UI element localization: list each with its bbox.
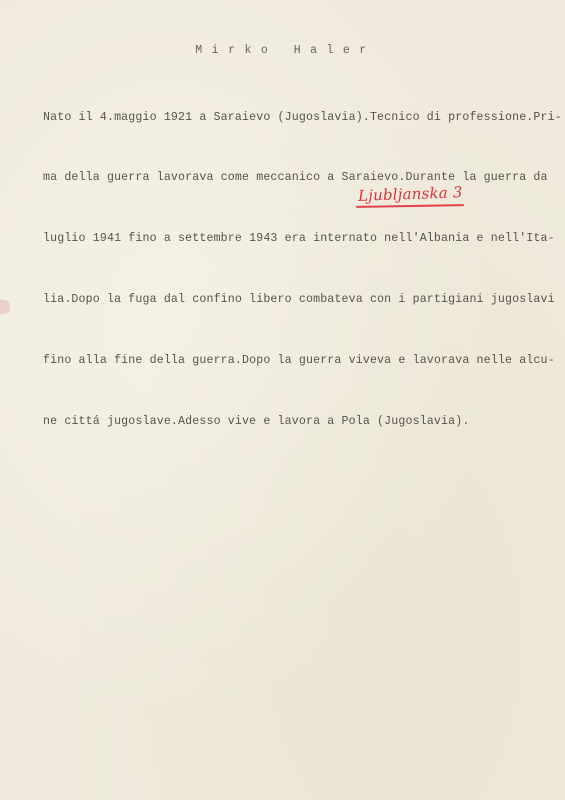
body-line: Nato il 4.maggio 1921 a Saraievo (Jugosl… [43, 108, 563, 128]
handwritten-address-annotation: Ljubljanska 3 [358, 183, 463, 205]
document-page: Mirko Haler Nato il 4.maggio 1921 a Sara… [0, 0, 565, 800]
document-body: Nato il 4.maggio 1921 a Saraievo (Jugosl… [43, 67, 563, 473]
body-line: lia.Dopo la fuga dal confino libero comb… [43, 290, 563, 310]
body-line: ne cittá jugoslave.Adesso vive e lavora … [43, 412, 563, 432]
body-line: luglio 1941 fino a settembre 1943 era in… [43, 229, 563, 249]
body-line: ma della guerra lavorava come meccanico … [43, 168, 563, 188]
edge-mark [0, 300, 10, 314]
document-title: Mirko Haler [0, 44, 565, 57]
body-line: fino alla fine della guerra.Dopo la guer… [43, 351, 563, 371]
